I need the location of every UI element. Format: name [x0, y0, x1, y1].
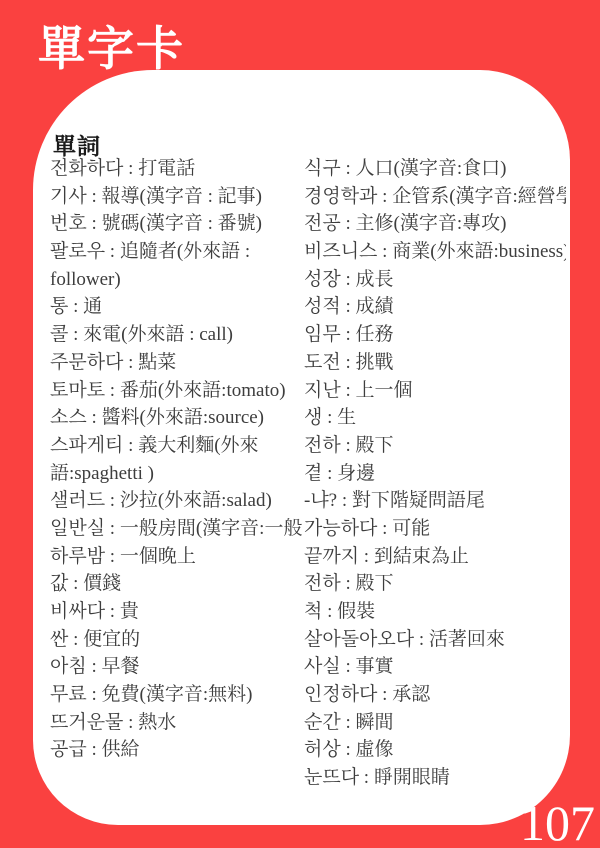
vocab-line: 번호 : 號碼(漢字音 : 番號)	[50, 210, 302, 238]
vocab-line: 비싸다 : 貴	[50, 598, 302, 626]
vocab-line: 전하 : 殿下	[304, 570, 566, 598]
vocab-line: 전화하다 : 打電話	[50, 155, 302, 183]
vocab-line: 값 : 價錢	[50, 570, 302, 598]
vocab-line: 살아돌아오다 : 活著回來	[304, 626, 566, 654]
vocab-line: 도전 : 挑戰	[304, 349, 566, 377]
vocab-line: 인정하다 : 承認	[304, 681, 566, 709]
vocab-line: 통 : 通	[50, 293, 302, 321]
vocab-line: 성적 : 成績	[304, 293, 566, 321]
vocab-line: 뜨거운물 : 熱水	[50, 709, 302, 737]
vocab-column-right: 식구 : 人口(漢字音:食口)경영학과 : 企管系(漢字音:經營學系)전공 : …	[304, 155, 566, 792]
vocab-line: 싼 : 便宜的	[50, 626, 302, 654]
vocab-line: 콜 : 來電(外來語 : call)	[50, 321, 302, 349]
vocab-line: 전하 : 殿下	[304, 432, 566, 460]
vocab-line: 아침 : 早餐	[50, 653, 302, 681]
vocab-card: 單詞 전화하다 : 打電話기사 : 報導(漢字音 : 記事)번호 : 號碼(漢字…	[33, 70, 570, 825]
vocab-line: 팔로우 : 追隨者(外來語 :	[50, 238, 302, 266]
vocab-line: 소스 : 醬料(外來語:source)	[50, 404, 302, 432]
vocab-line: follower)	[50, 266, 302, 294]
vocab-line: 순간 : 瞬間	[304, 709, 566, 737]
vocab-line: 경영학과 : 企管系(漢字音:經營學系)	[304, 183, 566, 211]
vocab-line: 전공 : 主修(漢字音:專攻)	[304, 210, 566, 238]
vocab-line: 비즈니스 : 商業(外來語:business)	[304, 238, 566, 266]
vocab-line: 가능하다 : 可能	[304, 515, 566, 543]
vocab-line: 무료 : 免費(漢字音:無料)	[50, 681, 302, 709]
vocab-line: 하루밤 : 一個晚上	[50, 543, 302, 571]
vocab-line: 임무 : 任務	[304, 321, 566, 349]
vocab-line: 공급 : 供給	[50, 736, 302, 764]
vocab-line: 語:spaghetti )	[50, 460, 302, 488]
vocab-line: 사실 : 事實	[304, 653, 566, 681]
vocab-line: 토마토 : 番茄(外來語:tomato)	[50, 377, 302, 405]
page-background: 單字卡 單詞 전화하다 : 打電話기사 : 報導(漢字音 : 記事)번호 : 號…	[0, 0, 600, 848]
vocab-line: 허상 : 虛像	[304, 736, 566, 764]
vocab-line: 성장 : 成長	[304, 266, 566, 294]
vocab-line: 주문하다 : 點菜	[50, 349, 302, 377]
vocab-line: 곁 : 身邊	[304, 460, 566, 488]
vocab-line: 샐러드 : 沙拉(外來語:salad)	[50, 487, 302, 515]
vocab-line: 척 : 假裝	[304, 598, 566, 626]
vocab-line: -냐? : 對下階疑問語尾	[304, 487, 566, 515]
vocab-column-left: 전화하다 : 打電話기사 : 報導(漢字音 : 記事)번호 : 號碼(漢字音 :…	[50, 155, 302, 764]
vocab-line: 끝까지 : 到結束為止	[304, 543, 566, 571]
vocab-line: 생 : 生	[304, 404, 566, 432]
vocab-line: 스파게티 : 義大利麵(外來	[50, 432, 302, 460]
vocab-line: 기사 : 報導(漢字音 : 記事)	[50, 183, 302, 211]
vocab-line: 눈뜨다 : 睜開眼睛	[304, 764, 566, 792]
vocab-line: 일반실 : 一般房間(漢字音:一般室)	[50, 515, 302, 543]
vocab-line: 지난 : 上一個	[304, 377, 566, 405]
vocab-line: 식구 : 人口(漢字音:食口)	[304, 155, 566, 183]
page-number: 107	[520, 798, 595, 848]
